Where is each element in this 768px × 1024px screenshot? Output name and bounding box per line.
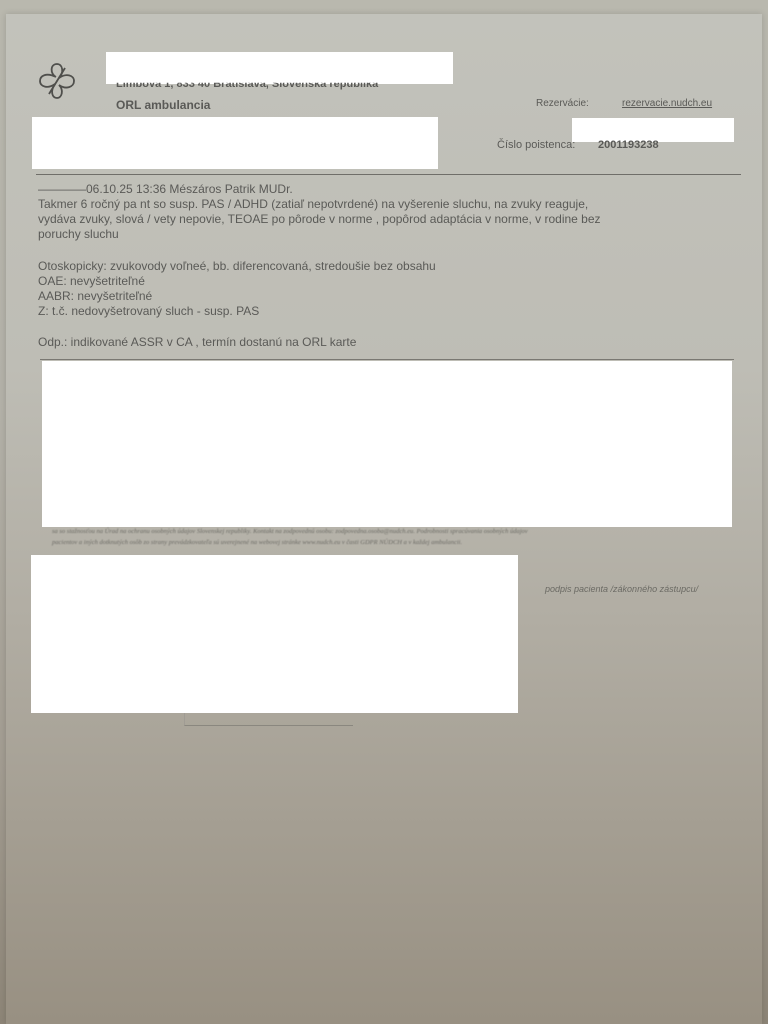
history-line-3: poruchy sluchu [38,227,119,241]
reservation-link[interactable]: rezervacie.nudch.eu [622,98,712,109]
recommendation: Odp.: indikované ASSR v CA , termín dost… [38,335,356,349]
redacted-block-lower [31,555,518,713]
gdpr-fine-print-2: pacientov a iných dotknutých osôb zo str… [52,539,462,546]
hospital-logo-icon [34,58,80,104]
insurance-number: 2001193238 [598,139,659,151]
reservation-label: Rezervácie: [536,98,589,109]
finding-oae: OAE: nevyšetriteľné [38,274,145,288]
insurance-label: Číslo poistenca: [497,139,575,151]
entry-header: ————06.10.25 13:36 Mészáros Patrik MUDr. [38,182,293,196]
finding-conclusion: Z: t.č. nedovyšetrovaný sluch - susp. PA… [38,304,259,318]
gdpr-fine-print-1: sa so stažnosťou na Úrad na ochranu osob… [52,528,528,535]
stamp-remnant [184,713,353,726]
finding-otoscopy: Otoskopicky: zvukovody voľneé, bb. difer… [38,259,436,273]
redacted-patient-info [32,117,438,169]
finding-aabr: AABR: nevyšetriteľné [38,289,152,303]
header-divider [36,174,741,175]
redacted-block-middle [42,361,732,527]
department-name: ORL ambulancia [116,98,210,112]
redacted-hospital-name [106,52,453,84]
section-divider [40,359,734,360]
history-line-2: vydáva zvuky, slová / vety nepovie, TEOA… [38,212,601,226]
history-line-1: Takmer 6 ročný pa nt so susp. PAS / ADHD… [38,197,588,211]
signature-label: podpis pacienta /zákonného zástupcu/ [545,584,698,594]
